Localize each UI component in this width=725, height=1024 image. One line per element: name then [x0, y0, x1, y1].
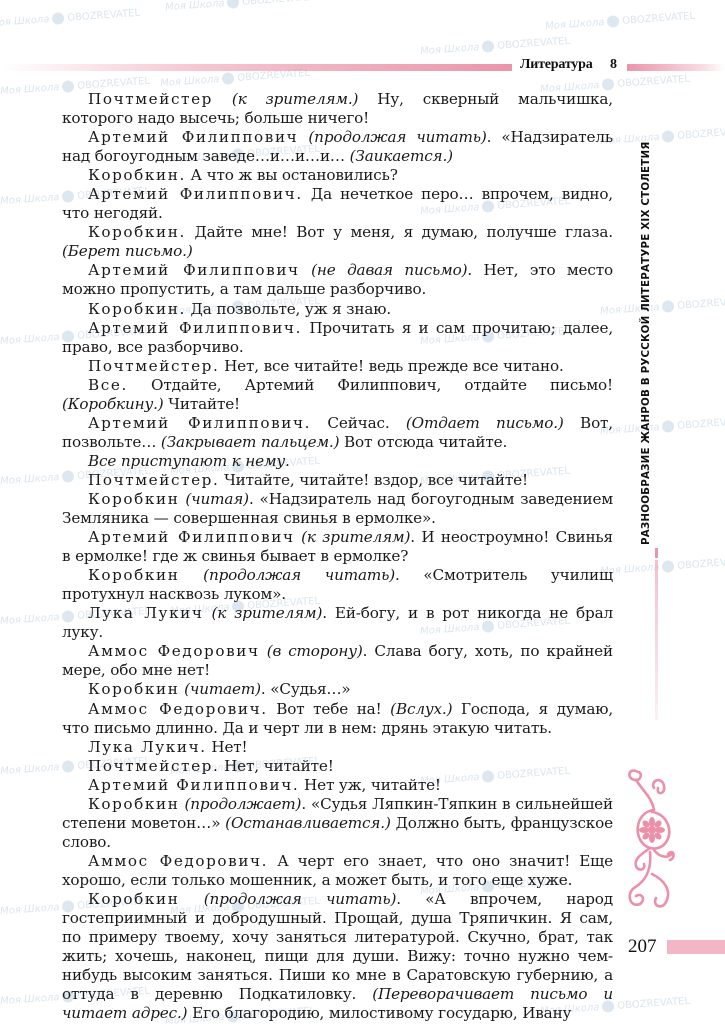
stage-direction: (Заикается.) — [350, 147, 453, 165]
watermark-logo-icon — [52, 12, 65, 25]
stage-direction: (к зрителям.) — [232, 90, 358, 108]
dialogue-paragraph: Коробкин (продолжая читать). «А впрочем,… — [62, 890, 613, 1023]
dialogue-paragraph: Артемий Филиппович (к зрителям). И неост… — [62, 528, 613, 566]
stage-direction: Все приступают к нему. — [88, 452, 290, 470]
dialogue-paragraph: Коробкин (продолжая читать). «Смотритель… — [62, 566, 613, 604]
speaker-name: Коробкин — [88, 890, 179, 908]
dialogue-text: Да позвольте, уж я знаю. — [186, 300, 391, 318]
stage-direction: (читая) — [185, 490, 249, 508]
speaker-name: Лука Лукич. — [88, 738, 207, 756]
dialogue-paragraph: Коробкин (читает). «Судья…» — [62, 680, 613, 699]
watermark-logo-icon — [227, 0, 240, 9]
watermark: Моя ШколаOBOZREVATEL — [600, 125, 725, 147]
stage-direction: (читает) — [184, 680, 261, 698]
watermark-logo-icon — [222, 72, 235, 85]
speaker-name: Почтмейстер. — [88, 471, 219, 489]
speaker-name: Коробкин — [88, 795, 179, 813]
stage-direction: (продолжая читать) — [204, 890, 396, 908]
watermark: Моя ШколаOBOZREVATEL — [420, 35, 571, 57]
stage-direction: (продолжая читать) — [308, 128, 486, 146]
speaker-name: Артемий Филиппович. — [88, 414, 311, 432]
dialogue-paragraph: Коробкин. Дайте мне! Вот у меня, я думаю… — [62, 223, 613, 261]
dialogue-paragraph: Артемий Филиппович. Нет уж, читайте! — [62, 776, 613, 795]
speaker-name: Артемий Филиппович — [88, 261, 300, 279]
dialogue-text: Вот тебе на! — [268, 700, 391, 718]
dialogue-paragraph: Аммос Федорович. Вот тебе на! (Вслух.) Г… — [62, 700, 613, 738]
dialogue-text — [260, 642, 267, 660]
watermark: Моя ШколаOBOZREVATEL — [600, 295, 725, 317]
dialogue-text: . «Судья…» — [261, 680, 351, 698]
stage-direction: (продолжает) — [184, 795, 301, 813]
dialogue-text: Читайте, читайте! вздор, все читайте! — [219, 471, 528, 489]
speaker-name: Коробкин — [88, 680, 179, 698]
header-decorative-bar-left — [0, 64, 512, 71]
dialogue-paragraph: Артемий Филиппович (не давая письмо). Не… — [62, 261, 613, 299]
speaker-name: Почтмейстер. — [88, 357, 219, 375]
dialogue-paragraph: Лука Лукич. Нет! — [62, 738, 613, 757]
watermark-logo-icon — [662, 420, 675, 433]
speaker-name: Все. — [88, 376, 128, 394]
dialogue-text: Нет, читайте! — [219, 757, 333, 775]
dialogue-text — [298, 128, 308, 146]
dialogue-paragraph: Почтмейстер (к зрителям.) Ну, скверный м… — [62, 90, 613, 128]
dialogue-paragraph: Почтмейстер. Нет, читайте! — [62, 757, 613, 776]
watermark-logo-icon — [662, 300, 675, 313]
watermark-logo-icon — [602, 78, 615, 91]
dialogue-text: Нет, все читайте! ведь прежде все читано… — [219, 357, 563, 375]
speaker-name: Артемий Филиппович. — [88, 776, 299, 794]
dialogue-text: Сейчас. — [311, 414, 406, 432]
stage-direction: (Берет письмо.) — [62, 242, 193, 260]
dialogue-text: Отдайте, Артемий Филиппович, отдайте пис… — [128, 376, 613, 394]
watermark: Моя ШколаOBOZREVATEL — [600, 555, 725, 577]
stage-direction: (Коробкину.) — [62, 395, 164, 413]
stage-direction: (Вслух.) — [390, 700, 452, 718]
floral-ornament-icon — [624, 762, 684, 917]
side-decorative-line — [655, 560, 658, 720]
speaker-name: Коробкин. — [88, 223, 186, 241]
stage-direction: (Закрывает пальцем.) — [161, 433, 339, 451]
dialogue-paragraph: Артемий Филиппович. Да нечеткое перо… вп… — [62, 185, 613, 223]
speaker-name: Почтмейстер. — [88, 757, 219, 775]
dialogue-text: Нет! — [207, 738, 248, 756]
dialogue-paragraph: Аммос Федорович. А черт его знает, что о… — [62, 852, 613, 890]
dialogue-paragraph: Почтмейстер. Читайте, читайте! вздор, вс… — [62, 471, 613, 490]
speaker-name: Артемий Филиппович — [88, 128, 298, 146]
dialogue-paragraph: Все. Отдайте, Артемий Филиппович, отдайт… — [62, 376, 613, 414]
dialogue-text — [179, 890, 203, 908]
dialogue-paragraph: Все приступают к нему. — [62, 452, 613, 471]
dialogue-paragraph: Артемий Филиппович. Сейчас. (Отдает пись… — [62, 414, 613, 452]
watermark-logo-icon — [662, 560, 675, 573]
dialogue-text: Его благородию, милостивому государю, Ив… — [187, 1004, 571, 1022]
speaker-name: Аммос Федорович — [88, 642, 260, 660]
dialogue-paragraph: Аммос Федорович (в сторону). Слава богу,… — [62, 642, 613, 680]
speaker-name: Коробкин. — [88, 300, 186, 318]
dialogue-text: Дайте мне! Вот у меня, я думаю, получше … — [186, 223, 613, 241]
dialogue-text — [300, 261, 311, 279]
watermark: Моя ШколаOBOZREVATEL — [165, 0, 316, 13]
speaker-name: Аммос Федорович. — [88, 700, 268, 718]
dialogue-text: А что ж вы остановились? — [186, 166, 398, 184]
dialogue-paragraph: Коробкин. А что ж вы остановились? — [62, 166, 613, 185]
stage-direction: (продолжая читать) — [203, 566, 395, 584]
dialogue-paragraph: Почтмейстер. Нет, все читайте! ведь преж… — [62, 357, 613, 376]
dialogue-paragraph: Коробкин (продолжает). «Судья Ляпкин-Тяп… — [62, 795, 613, 852]
watermark: Моя ШколаOBOZREVATEL — [0, 7, 140, 29]
dialogue-text — [213, 90, 232, 108]
header-decorative-bar-right — [627, 64, 725, 71]
dialogue-text — [204, 604, 212, 622]
dialogue-paragraph: Коробкин (читая). «Надзиратель над богоу… — [62, 490, 613, 528]
footer-decorative-bar — [667, 940, 725, 954]
dialogue-paragraph: Артемий Филиппович (продолжая читать). «… — [62, 128, 613, 166]
header-subject: Литература — [520, 57, 593, 73]
dialogue-text: Вот отсюда читайте. — [339, 433, 507, 451]
side-marker — [655, 548, 658, 558]
dialogue-text: Нет уж, читайте! — [299, 776, 441, 794]
stage-direction: (к зрителям) — [301, 528, 410, 546]
stage-direction: (в сторону) — [267, 642, 363, 660]
speaker-name: Почтмейстер — [88, 90, 213, 108]
speaker-name: Коробкин — [88, 566, 179, 584]
watermark: Моя ШколаOBOZREVATEL — [600, 415, 725, 437]
play-text-body: Почтмейстер (к зрителям.) Ну, скверный м… — [62, 90, 613, 1023]
speaker-name: Аммос Федорович. — [88, 852, 268, 870]
page-number: 207 — [628, 936, 657, 958]
watermark-logo-icon — [607, 15, 620, 28]
header-grade: 8 — [610, 57, 617, 73]
section-side-title: РАЗНООБРАЗИЕ ЖАНРОВ В РУССКОЙ ЛИТЕРАТУРЕ… — [640, 142, 652, 545]
stage-direction: (к зрителям) — [212, 604, 323, 622]
dialogue-paragraph: Коробкин. Да позвольте, уж я знаю. — [62, 300, 613, 319]
watermark-logo-icon — [662, 130, 675, 143]
stage-direction: (не давая письмо) — [311, 261, 467, 279]
speaker-name: Артемий Филиппович — [88, 528, 295, 546]
watermark: Моя ШколаOBOZREVATEL — [545, 10, 696, 32]
stage-direction: (Останавливается.) — [225, 814, 391, 832]
speaker-name: Коробкин — [88, 490, 179, 508]
dialogue-paragraph: Лука Лукич (к зрителям). Ей-богу, и в ро… — [62, 604, 613, 642]
dialogue-text: Читайте! — [164, 395, 240, 413]
watermark-logo-icon — [482, 40, 495, 53]
speaker-name: Лука Лукич — [88, 604, 204, 622]
speaker-name: Артемий Филиппович. — [88, 319, 302, 337]
dialogue-text — [179, 566, 203, 584]
stage-direction: (Отдает письмо.) — [406, 414, 564, 432]
speaker-name: Артемий Филиппович. — [88, 185, 303, 203]
speaker-name: Коробкин. — [88, 166, 186, 184]
dialogue-paragraph: Артемий Филиппович. Прочитать я и сам пр… — [62, 319, 613, 357]
